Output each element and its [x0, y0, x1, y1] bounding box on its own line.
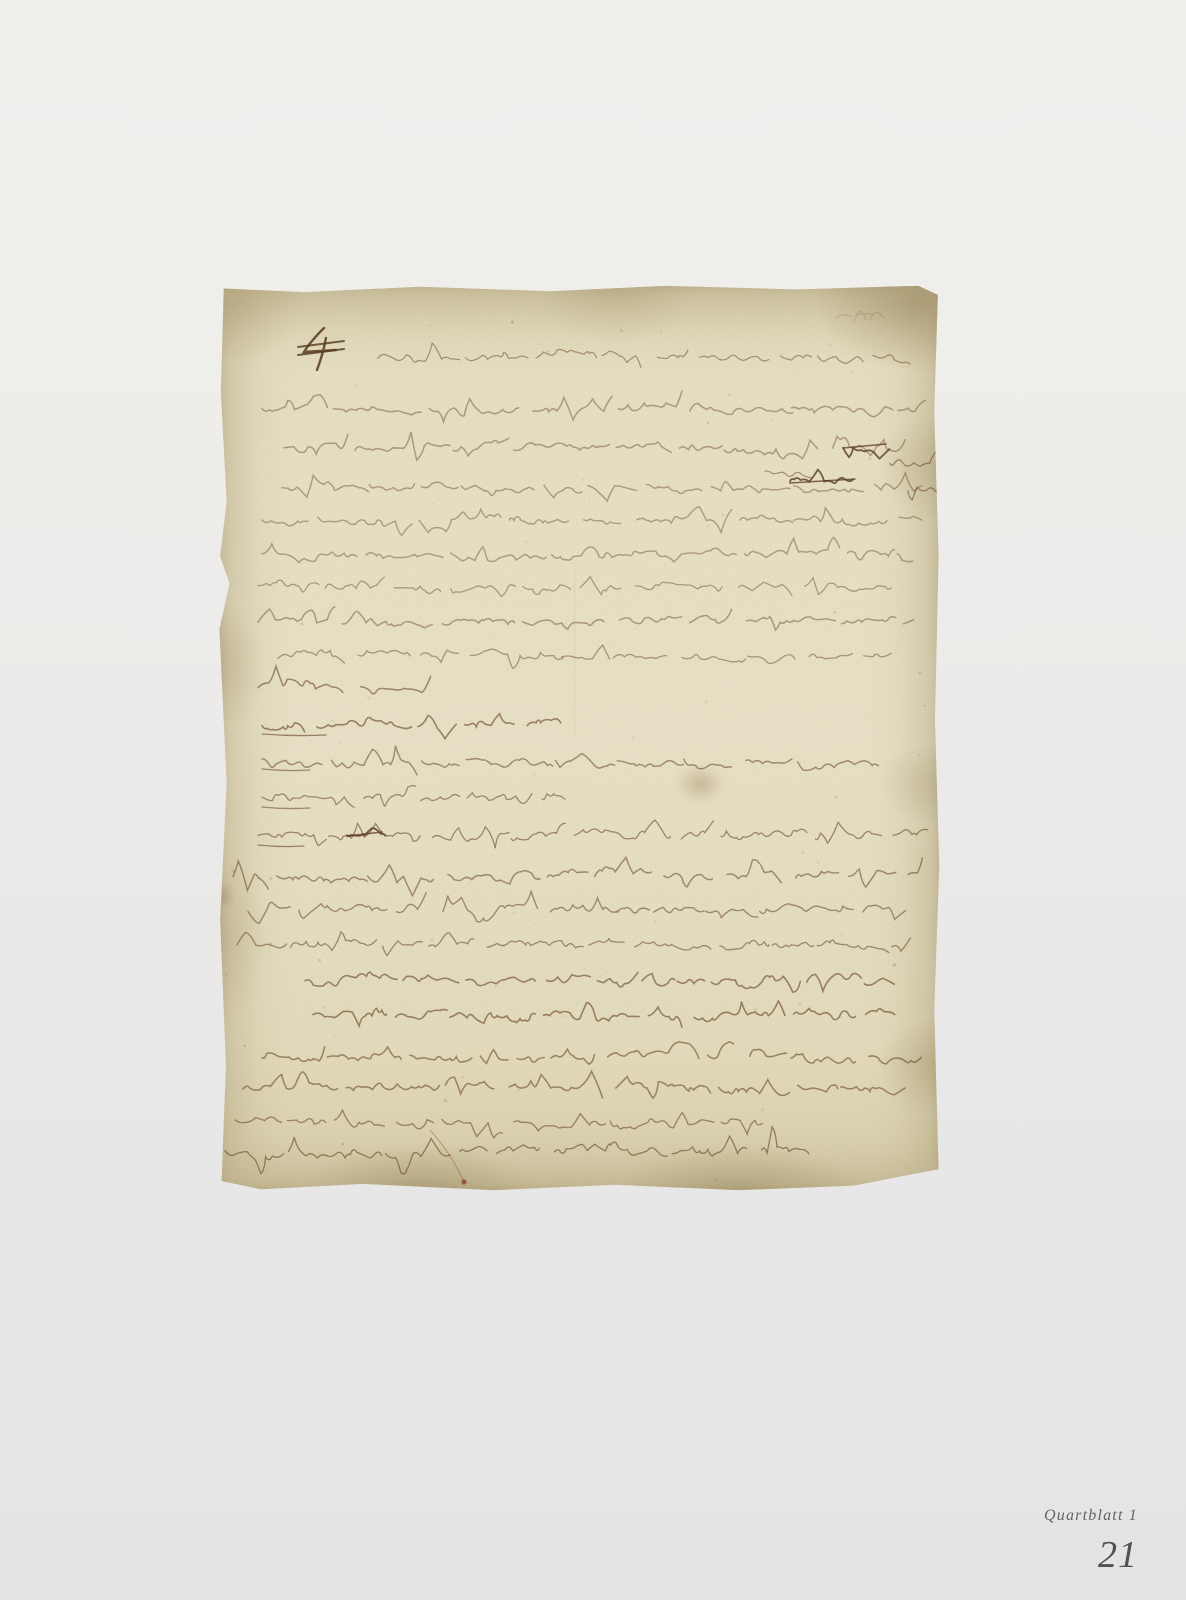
- plate-caption: Quartblatt 1: [1044, 1507, 1138, 1525]
- page-number: 21: [1044, 1533, 1138, 1577]
- handwriting-svg: [218, 284, 940, 1192]
- manuscript-photo: [218, 284, 940, 1192]
- paper-grain-texture: [218, 284, 940, 1192]
- book-page: { "plate": { "caption": "Quartblatt 1", …: [0, 0, 1186, 1600]
- plate-caption-block: Quartblatt 1 21: [1044, 1507, 1138, 1577]
